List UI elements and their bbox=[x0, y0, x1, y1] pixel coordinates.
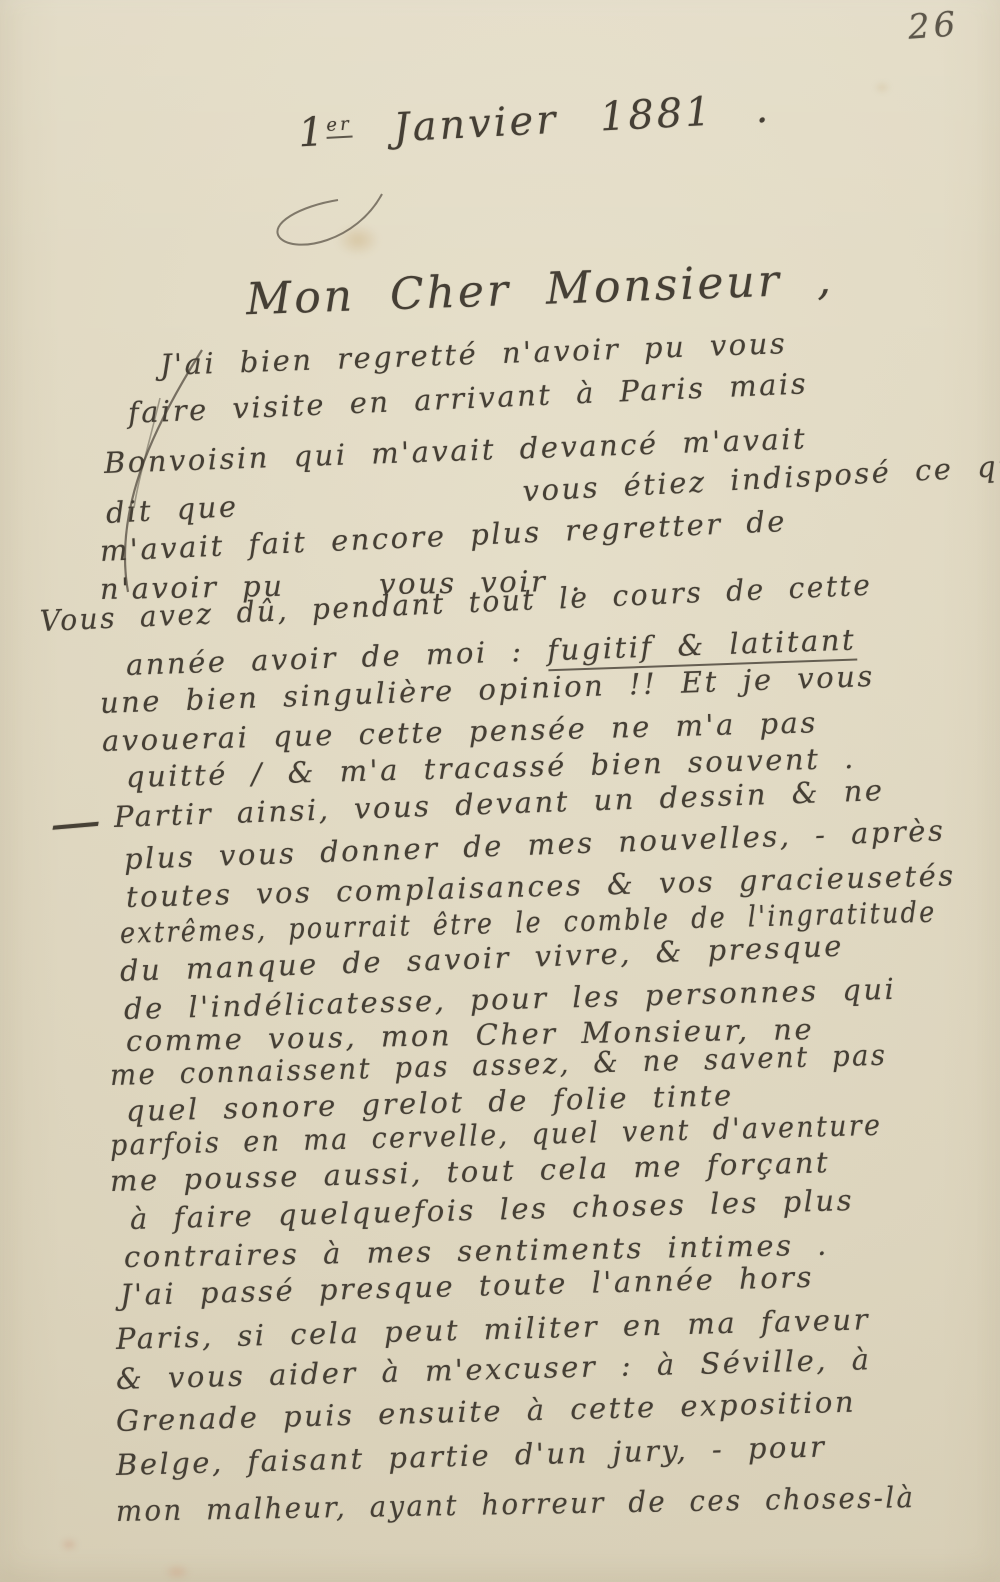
letter-page: 26 1er Janvier 1881 . Mon Cher Monsieur … bbox=[0, 0, 1000, 1582]
page-number: 26 bbox=[907, 4, 961, 47]
date-month-year: Janvier 1881 . bbox=[351, 86, 772, 154]
date-line: 1er Janvier 1881 . bbox=[297, 86, 772, 157]
manuscript-line: mon malheur, ayant horreur de ces choses… bbox=[116, 1480, 916, 1528]
manuscript-line: Belge, faisant partie d'un jury, - pour bbox=[116, 1429, 827, 1482]
fox-spot bbox=[874, 82, 890, 93]
fox-spot bbox=[336, 224, 380, 256]
margin-dash-mark: — bbox=[48, 802, 102, 846]
fox-spot bbox=[60, 1538, 78, 1551]
salutation: Mon Cher Monsieur , bbox=[245, 254, 834, 325]
fox-spot bbox=[164, 1564, 190, 1580]
date-day: 1 bbox=[297, 109, 328, 156]
date-ordinal: er bbox=[326, 113, 352, 138]
